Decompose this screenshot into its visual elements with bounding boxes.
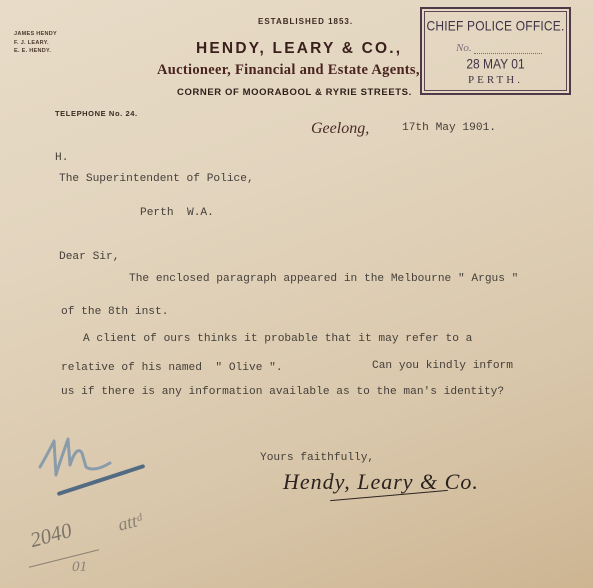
- partner-name: F. J. LEARY.: [14, 39, 57, 48]
- police-office-stamp: CHIEF POLICE OFFICE. No. 28 MAY 01 PERTH…: [420, 7, 571, 95]
- telephone-number: TELEPHONE No. 24.: [55, 109, 138, 118]
- reference-initial: H.: [55, 152, 68, 164]
- stamp-date: 28 MAY 01: [422, 56, 569, 72]
- body-line: Can you kindly inform: [372, 360, 513, 372]
- partner-name: JAMES HENDY: [14, 30, 57, 39]
- signature: Hendy, Leary & Co.: [283, 469, 479, 495]
- recipient-title: The Superintendent of Police,: [59, 173, 254, 185]
- note-year: 01: [72, 559, 87, 576]
- salutation: Dear Sir,: [59, 251, 119, 263]
- body-line: A client of ours thinks it probable that…: [83, 333, 472, 345]
- recipient-location: Perth W.A.: [140, 207, 214, 219]
- stamp-number-label: No.: [456, 42, 472, 54]
- stamp-title: CHIEF POLICE OFFICE.: [422, 18, 569, 34]
- closing: Yours faithfully,: [260, 452, 374, 464]
- firm-name: HENDY, LEARY & CO.,: [196, 40, 402, 58]
- note-underline: [29, 549, 99, 567]
- body-line: relative of his named " Olive ".: [61, 362, 283, 374]
- partner-list: JAMES HENDY F. J. LEARY. E. E. HENDY.: [14, 30, 57, 56]
- letter-date: 17th May 1901.: [402, 122, 496, 134]
- body-line: The enclosed paragraph appeared in the M…: [129, 273, 518, 285]
- pencil-initials-icon: [38, 433, 118, 478]
- trade-description: Auctioneer, Financial and Estate Agents,: [157, 62, 420, 79]
- established-line: ESTABLISHED 1853.: [258, 17, 353, 26]
- firm-address: CORNER OF MOORABOOL & RYRIE STREETS.: [177, 87, 412, 98]
- body-line: of the 8th inst.: [61, 306, 168, 318]
- file-reference-number: 2040: [27, 518, 74, 553]
- stamp-city: PERTH.: [422, 74, 569, 86]
- stamp-number-line: [474, 53, 542, 54]
- attended-note: attᵈ: [116, 509, 145, 535]
- letter-place: Geelong,: [311, 120, 369, 138]
- body-line: us if there is any information available…: [61, 386, 504, 398]
- partner-name: E. E. HENDY.: [14, 47, 57, 56]
